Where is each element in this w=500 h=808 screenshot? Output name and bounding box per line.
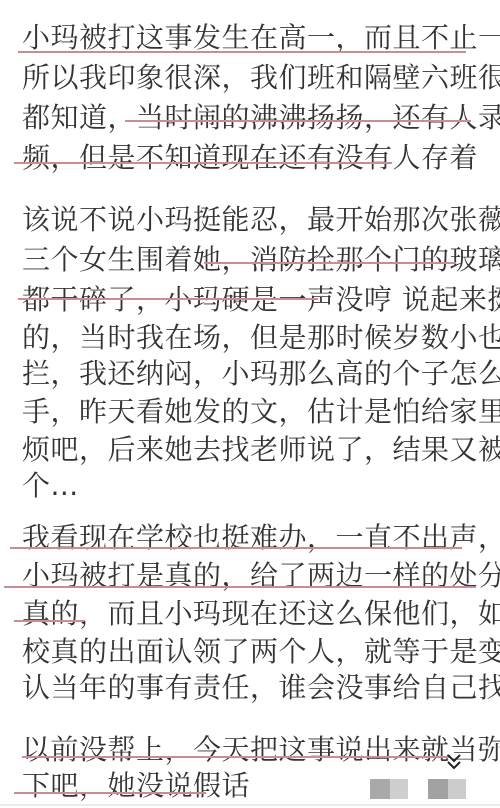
text-line: 下吧，她没说假话 [22, 766, 250, 806]
text-line: 手，昨天看她发的文，估计是怕给家里惹麻 [22, 392, 500, 432]
text-line: 以前没帮上，今天把这事说出来就当弥补 [22, 730, 500, 770]
underline [18, 51, 466, 53]
text-line: 真的，而且小玛现在还这么保他们，如果学 [22, 594, 500, 634]
text-line: 都知道，当时闹的沸沸扬扬，还有人录了视 [22, 98, 500, 138]
underline [14, 162, 392, 164]
text-line: 认当年的事有责任，谁会没事给自己找事啊 [22, 668, 500, 708]
text-line: 该说不说小玛挺能忍，最开始那次张薇和那 [22, 200, 500, 240]
underline [4, 586, 476, 588]
underline [14, 620, 84, 622]
text-line: 频，但是不知道现在还有没有人存着 [22, 138, 478, 178]
text-line: 个... [22, 466, 79, 506]
text-line: 小玛被打是真的，给了两边一样的处分也是 [22, 556, 500, 596]
double-chevron-down-icon[interactable] [446, 752, 462, 775]
underline [125, 120, 471, 122]
underline [10, 547, 462, 549]
text-line: 拦，我还纳闷，小玛那么高的个子怎么不还 [22, 354, 500, 394]
watermark-block [428, 779, 448, 799]
text-line: 的，当时我在场，但是那时候岁数小也没敢 [22, 318, 500, 358]
text-line: 都干碎了，小玛硬是一声没哼 说起来挺惭愧 [22, 280, 500, 320]
text-line: 三个女生围着她，消防拴那个门的玻璃差点 [22, 240, 500, 280]
underline [18, 298, 318, 300]
underline [22, 756, 450, 758]
watermark-block [448, 779, 466, 799]
underline [14, 792, 206, 794]
divider [0, 804, 500, 806]
underline [204, 262, 456, 264]
watermark-block [370, 779, 390, 799]
text-line: 我看现在学校也挺难办，一直不出声，毕竟 [22, 518, 500, 558]
text-line: 所以我印象很深，我们班和隔壁六班很多人 [22, 58, 500, 98]
text-line: 校真的出面认领了两个人，就等于是变相承 [22, 632, 500, 672]
watermark-block [390, 779, 408, 799]
text-line: 烦吧，后来她去找老师说了，结果又被那几 [22, 430, 500, 470]
